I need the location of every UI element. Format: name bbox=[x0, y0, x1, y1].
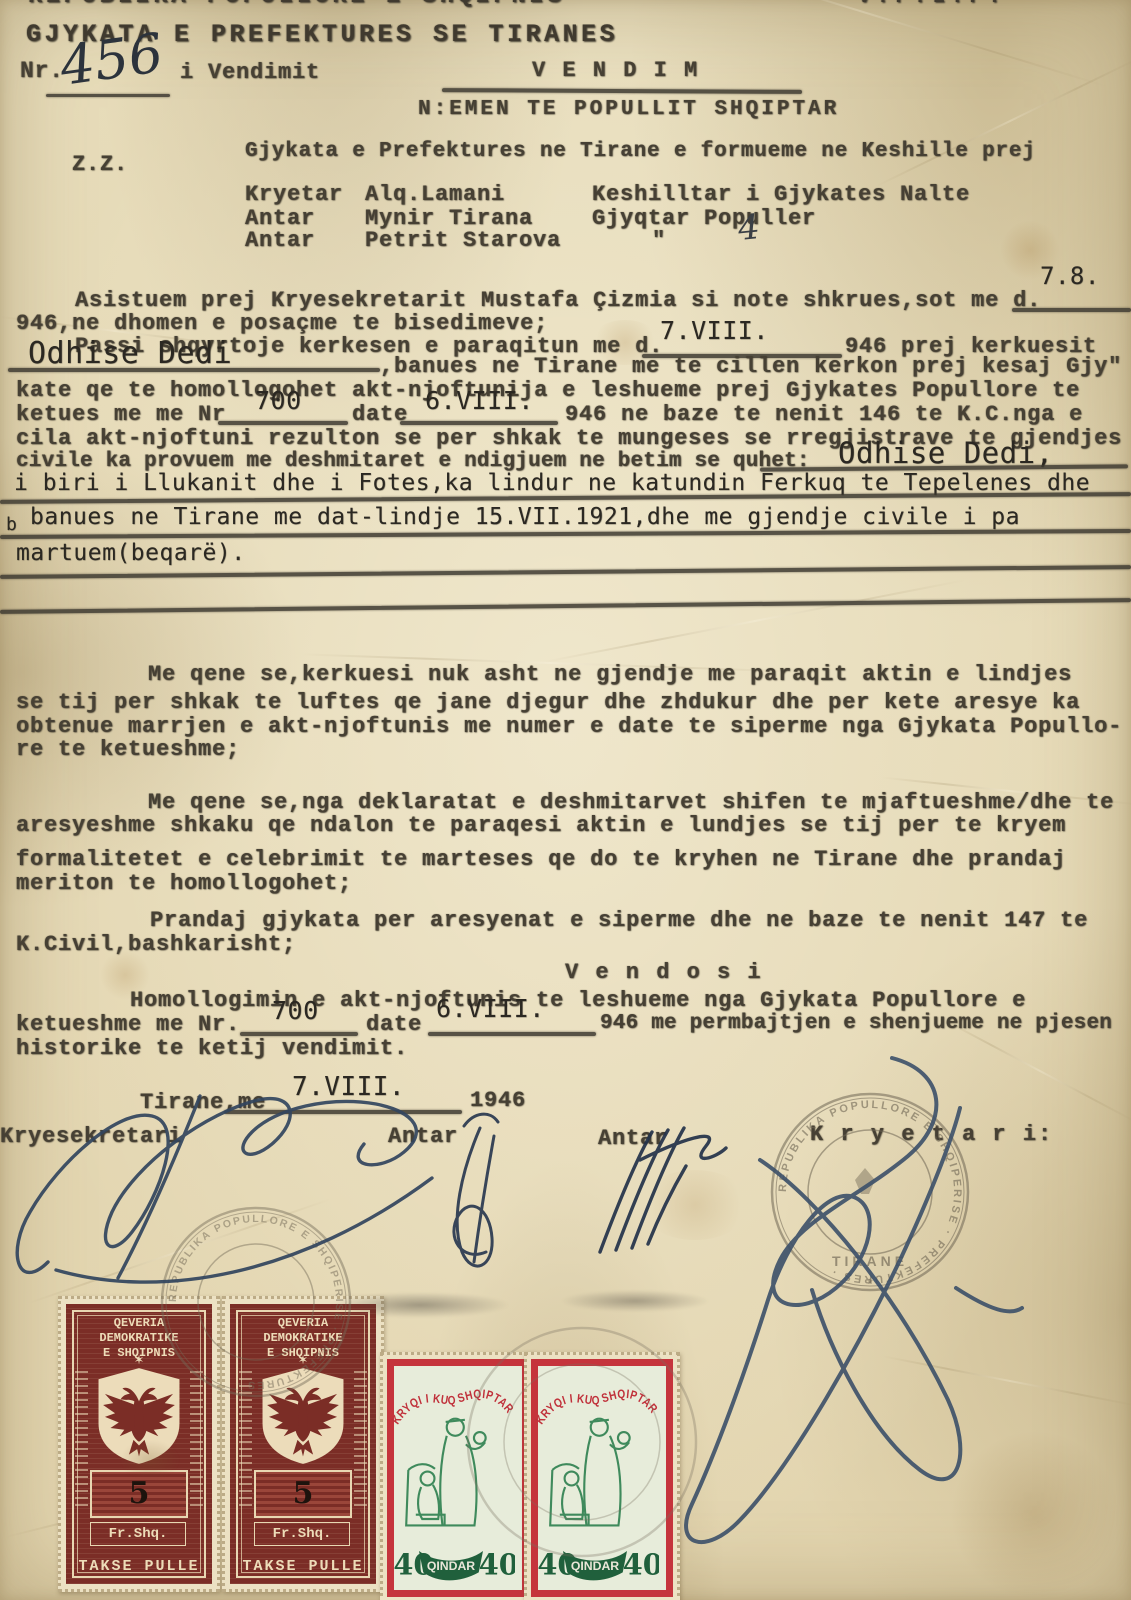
document-page: REPUBLIKA POPULLORE E SHQIPNIS V.F.L.P. … bbox=[0, 0, 1131, 1600]
signature-label-antar-2: Antar bbox=[598, 1126, 668, 1151]
decision-title-underline bbox=[442, 88, 802, 94]
fill-underline bbox=[1012, 308, 1131, 312]
fill-act-number: 700 bbox=[255, 386, 302, 415]
letterhead-clipped-right: V.F.L.P. bbox=[858, 0, 1007, 9]
letterhead-clipped-left: REPUBLIKA POPULLORE E SHQIPNIS bbox=[28, 0, 565, 10]
body-line: 946 me permbajtjen e shenjueme ne pjesen bbox=[600, 1012, 1112, 1035]
body-line: formalitetet e celebrimit te marteses qe… bbox=[16, 847, 1066, 872]
paper-stain bbox=[640, 1170, 750, 1240]
tax-stamp-type: TAKSE PULLE bbox=[230, 1558, 376, 1575]
zz-label: Z.Z. bbox=[72, 152, 128, 177]
red-cross-stamp-second: KRYQI I KUQ SHQIPTAR 40 40 bbox=[524, 1352, 680, 1600]
body-line: ketues me me Nr bbox=[16, 402, 226, 427]
body-line: re te ketueshme; bbox=[16, 737, 240, 762]
panel-row-role: Antar bbox=[245, 228, 315, 253]
panel-row-title: Keshilltar i Gjykates Nalte bbox=[592, 182, 970, 207]
tax-stamp-second: QEVERIA DEMOKRATIKE E SHQIPNIS ✶ 5 Fr.Sh… bbox=[222, 1296, 384, 1592]
fill-petitioner-name: Odhise Dedi bbox=[28, 336, 232, 371]
double-eagle-icon bbox=[257, 1366, 349, 1466]
paper-crease bbox=[28, 1198, 331, 1304]
body-line: obtenue marrjen e akt-njoftunis me numer… bbox=[16, 714, 1122, 739]
tax-stamp-currency: Fr.Shq. bbox=[254, 1522, 350, 1546]
fill-underline bbox=[428, 1032, 596, 1036]
nurse-figure-icon bbox=[550, 1419, 629, 1526]
fill-act-date: 6.VIII. bbox=[425, 386, 534, 415]
body-line: Me qene se,kerkuesi nuk asht ne gjendje … bbox=[148, 662, 1072, 687]
stamp-value-right: 40 bbox=[623, 1547, 659, 1581]
signature-label-antar-1: Antar bbox=[388, 1124, 458, 1149]
fill-underline bbox=[8, 368, 380, 372]
seal-star-icon: ★ bbox=[867, 1276, 874, 1288]
court-formation-line: Gjykata e Prefektures ne Tirane e formue… bbox=[245, 140, 1036, 163]
red-cross-stamp-body: KRYQI I KUQ SHQIPTAR 40 40 bbox=[531, 1359, 673, 1597]
case-number-suffix: i Vendimit bbox=[180, 60, 320, 85]
body-line: 946 ne baze te nenit 146 te K.C.nga e bbox=[565, 402, 1083, 427]
fill-act-date-2: 6.VIII. bbox=[436, 994, 545, 1023]
signature-label-kryetari: K r y e t a r i: bbox=[810, 1122, 1053, 1147]
ruled-line bbox=[0, 598, 1131, 614]
fill-underline bbox=[218, 421, 348, 425]
tax-stamp-body: QEVERIA DEMOKRATIKE E SHQIPNIS ✶ 5 Fr.Sh… bbox=[230, 1304, 376, 1584]
body-line: kate qe te homollogohet akt-njoftunija e… bbox=[16, 378, 1080, 403]
panel-row-role: Kryetar bbox=[245, 182, 343, 207]
paper-stain bbox=[950, 1430, 1120, 1600]
tax-stamp-value: 5 bbox=[254, 1470, 352, 1518]
panel-row-name: Alq.Lamani bbox=[365, 182, 505, 207]
decision-title: V E N D I M bbox=[532, 58, 699, 83]
ruled-line bbox=[0, 529, 1131, 539]
tax-stamp-type: TAKSE PULLE bbox=[66, 1558, 212, 1575]
body-line: meriton te homollogohet; bbox=[16, 871, 352, 896]
margin-letter: b bbox=[6, 514, 17, 535]
body-line: ,banues ne Tirane me te cillen kerkon pr… bbox=[380, 354, 1122, 379]
wheat-ornament-icon bbox=[239, 1368, 252, 1506]
ruled-line bbox=[46, 94, 170, 97]
body-line: historike te ketij vendimit. bbox=[16, 1036, 408, 1061]
body-line: Me qene se,nga deklaratat e deshmitarvet… bbox=[148, 790, 1114, 815]
nurse-figure-icon bbox=[406, 1419, 485, 1526]
body-line: 946,ne dhomen e posaçme te bisedimeve; bbox=[16, 311, 548, 336]
body-line: se tij per shkak te luftes qe jane djegu… bbox=[16, 690, 1080, 715]
red-cross-stamp-art: KRYQI I KUQ SHQIPTAR 40 40 bbox=[387, 1359, 515, 1583]
fill-request-date: 7.VIII. bbox=[660, 316, 769, 345]
stamp-banner-text: QINDAR bbox=[571, 1559, 619, 1573]
tax-stamp-header-line1: QEVERIA DEMOKRATIKE bbox=[76, 1316, 202, 1346]
paper-crease bbox=[544, 579, 966, 663]
fill-act-number-2: 700 bbox=[272, 996, 319, 1025]
wheat-ornament-icon bbox=[75, 1368, 88, 1506]
red-cross-stamp-body: KRYQI I KUQ SHQIPTAR 40 40 bbox=[387, 1359, 529, 1597]
tax-stamp-header-line1: QEVERIA DEMOKRATIKE bbox=[240, 1316, 366, 1346]
panel-row-name: Petrit Starova bbox=[365, 228, 561, 253]
case-number-value: 456 bbox=[56, 21, 167, 98]
fill-date-7-8: 7.8. bbox=[1040, 262, 1100, 290]
fill-underline bbox=[224, 1110, 462, 1114]
panel-row-title: " bbox=[652, 228, 666, 253]
ruled-line bbox=[0, 565, 1131, 579]
insert-line: banues ne Tirane me dat-lindje 15.VII.19… bbox=[30, 504, 1020, 530]
insert-line: i biri i Llukanit dhe i Fotes,ka lindur … bbox=[14, 470, 1090, 496]
cancellation-smudge bbox=[120, 1440, 180, 1480]
body-line: Asistuem prej Kryesekretarit Mustafa Çiz… bbox=[75, 288, 1041, 313]
stamp-value-right: 40 bbox=[479, 1547, 515, 1581]
fill-underline bbox=[400, 421, 558, 425]
body-line: aresyeshme shkaku qe ndalon te paraqesi … bbox=[16, 813, 1066, 838]
vendosi-heading: V e n d o s i bbox=[565, 960, 763, 985]
body-line: ketueshme me Nr. bbox=[16, 1012, 240, 1037]
body-line: Prandaj gjykata per aresyenat e siperme … bbox=[150, 908, 1088, 933]
paper-crease bbox=[875, 54, 1131, 187]
decision-subtitle: N:EMEN TE POPULLIT SHQIPTAR bbox=[418, 98, 839, 121]
insert-line: martuem(beqarë). bbox=[16, 540, 246, 566]
case-number-label: Nr. bbox=[20, 58, 64, 84]
signature-antar-1-ink bbox=[454, 1114, 498, 1266]
paper-crease bbox=[882, 1355, 1131, 1407]
panel-row-title: Gjyqtar Populler bbox=[592, 206, 816, 231]
wheat-ornament-icon bbox=[354, 1368, 367, 1506]
wheat-ornament-icon bbox=[190, 1368, 203, 1506]
stamp-banner-text: QINDAR bbox=[427, 1559, 475, 1573]
body-line: Homollogimin e akt-njoftunis te leshueme… bbox=[130, 988, 1026, 1013]
red-cross-stamp-art: KRYQI I KUQ SHQIPTAR 40 40 bbox=[531, 1359, 659, 1583]
body-line: K.Civil,bashkarisht; bbox=[16, 932, 296, 957]
dateline-fill-date: 7.VIII. bbox=[292, 1072, 405, 1102]
handwritten-mark-4: 4 bbox=[736, 207, 762, 249]
tax-stamp-currency: Fr.Shq. bbox=[90, 1522, 186, 1546]
signature-label-kryesekretari: Kryesekretari bbox=[0, 1124, 182, 1149]
cancellation-smudge bbox=[330, 1292, 510, 1318]
body-line: date bbox=[366, 1012, 422, 1037]
seal-center-text: TIRANE bbox=[832, 1253, 908, 1269]
red-cross-stamp-first: KRYQI I KUQ SHQIPTAR 40 40 bbox=[380, 1352, 536, 1600]
cancellation-smudge bbox=[560, 1290, 710, 1312]
dateline-year: 1946 bbox=[470, 1088, 526, 1113]
